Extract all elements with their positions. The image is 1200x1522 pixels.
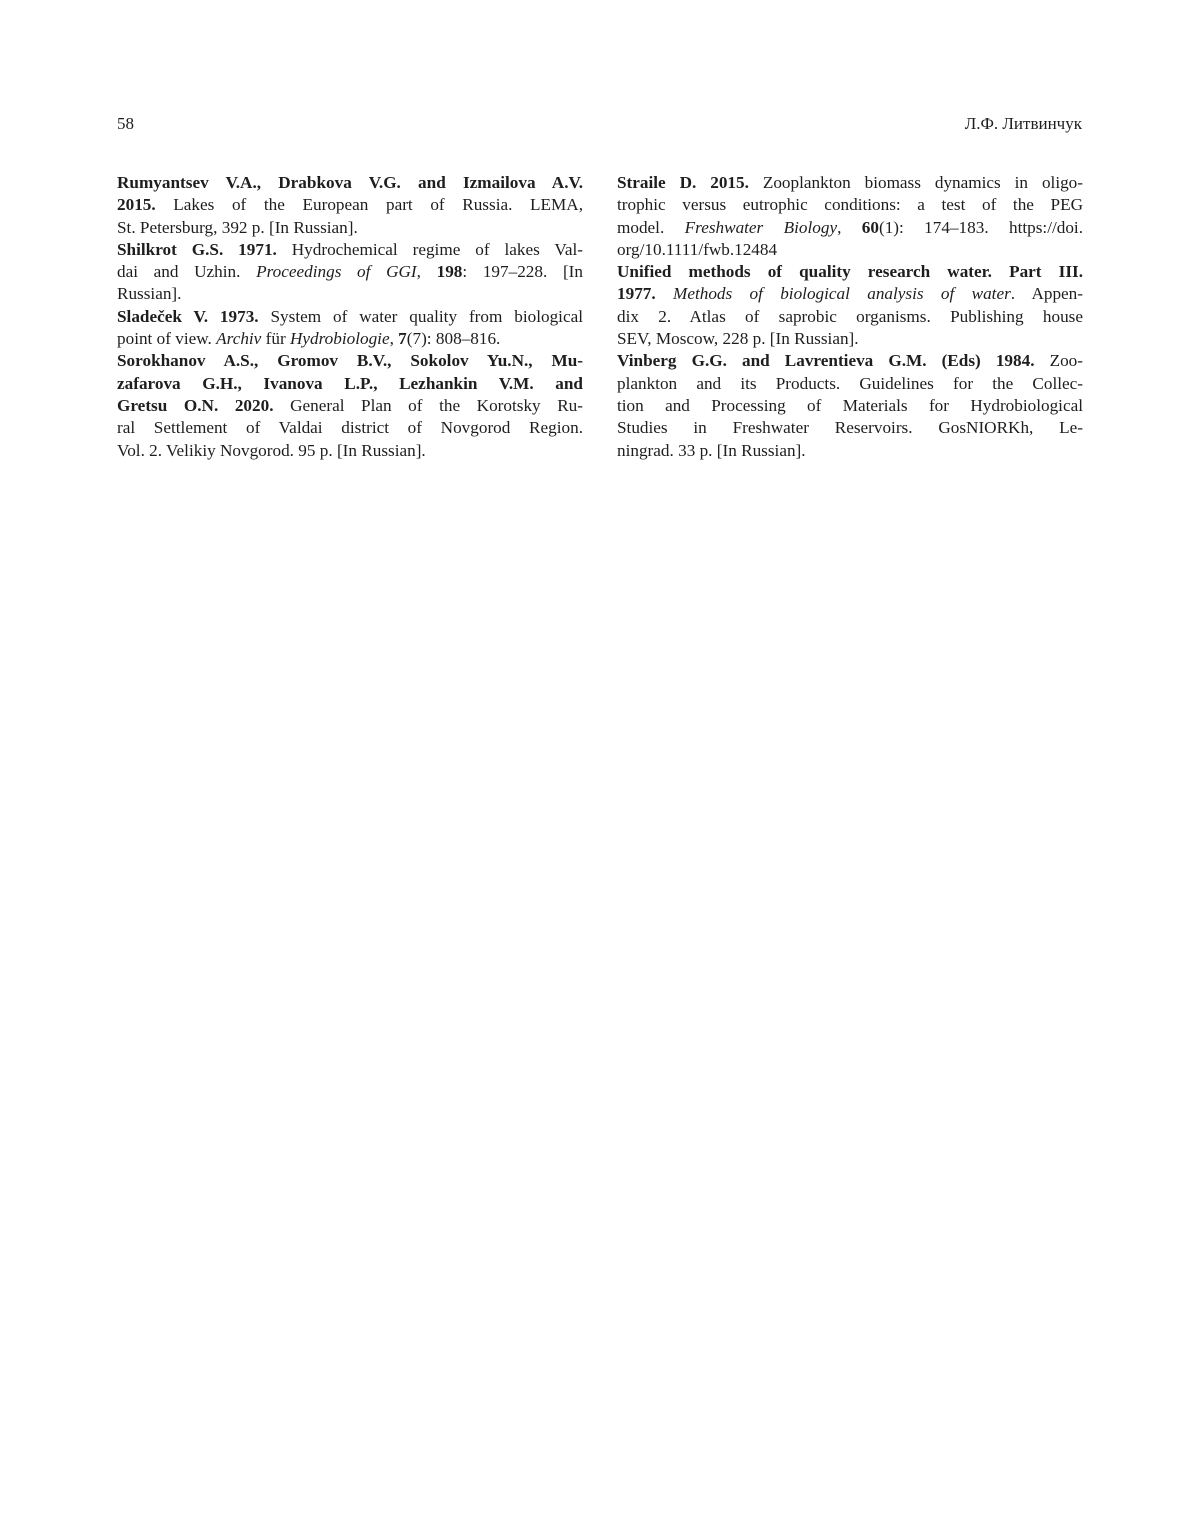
reference-bold-text: Shilkrot G.S. 1971. [117, 240, 277, 259]
reference-text: dix 2. Atlas of saprobic organisms. Publ… [617, 307, 1083, 326]
reference-line: SEV, Moscow, 228 p. [In Russian]. [646, 328, 1083, 350]
reference-bold-text: 2015. [117, 195, 156, 214]
reference-line: St. Petersburg, 392 p. [In Russian]. [146, 217, 583, 239]
reference-bold-text: 1977. [617, 284, 656, 303]
reference-text: für [261, 329, 290, 348]
reference-italic-text: Hydrobiologie [290, 329, 390, 348]
reference-bold-text: Rumyantsev V.A., Drabkova V.G. and Izmai… [117, 173, 583, 192]
reference-text: Lakes of the European part of Russia. LE… [156, 195, 583, 214]
reference-line: dix 2. Atlas of saprobic organisms. Publ… [646, 306, 1083, 328]
reference-line: 2015. Lakes of the European part of Russ… [146, 194, 583, 216]
reference-bold-text: Gretsu O.N. 2020. [117, 396, 274, 415]
reference-bold-text: Vinberg G.G. and Lavrentieva G.M. (Eds) … [617, 351, 1035, 370]
reference-entry: Vinberg G.G. and Lavrentieva G.M. (Eds) … [617, 350, 1083, 461]
reference-entry: Shilkrot G.S. 1971. Hydrochemical regime… [117, 239, 583, 306]
reference-text: model. [617, 218, 685, 237]
reference-text: Russian]. [117, 284, 181, 303]
reference-bold-text: Unified methods of quality research wate… [617, 262, 1083, 281]
reference-text: Vol. 2. Velikiy Novgorod. 95 p. [In Russ… [117, 441, 426, 460]
reference-entry: Sorokhanov A.S., Gromov B.V., Sokolov Yu… [117, 350, 583, 461]
reference-line: zafarova G.H., Ivanova L.P., Lezhankin V… [146, 373, 583, 395]
reference-line: model. Freshwater Biology, 60(1): 174–18… [646, 217, 1083, 239]
reference-text: trophic versus eutrophic conditions: a t… [617, 195, 1083, 214]
reference-line: plankton and its Products. Guidelines fo… [646, 373, 1083, 395]
reference-text: point of view. [117, 329, 216, 348]
reference-line: Unified methods of quality research wate… [646, 261, 1083, 283]
reference-bold-text: 7 [398, 329, 407, 348]
running-head-author: Л.Ф. Литвинчук [965, 114, 1082, 134]
reference-text: (1): 174–183. https://doi. [879, 218, 1083, 237]
reference-text: , [837, 218, 862, 237]
reference-text: : 197–228. [In [462, 262, 583, 281]
reference-text: General Plan of the Korotsky Ru- [274, 396, 584, 415]
reference-italic-text: Archiv [216, 329, 261, 348]
reference-entry: Straile D. 2015. Zooplankton biomass dyn… [617, 172, 1083, 261]
reference-text: plankton and its Products. Guidelines fo… [617, 374, 1083, 393]
reference-line: point of view. Archiv für Hydrobiologie,… [146, 328, 583, 350]
reference-line: Studies in Freshwater Reservoirs. GosNIO… [646, 417, 1083, 439]
reference-text: (7): 808–816. [407, 329, 501, 348]
reference-line: 1977. Methods of biological analysis of … [646, 283, 1083, 305]
reference-text: , [390, 329, 399, 348]
reference-line: org/10.1111/fwb.12484 [646, 239, 1083, 261]
references-left-column: Rumyantsev V.A., Drabkova V.G. and Izmai… [117, 172, 583, 462]
reference-bold-text: Straile D. 2015. [617, 173, 749, 192]
reference-line: ningrad. 33 p. [In Russian]. [646, 440, 1083, 462]
reference-line: Vol. 2. Velikiy Novgorod. 95 p. [In Russ… [146, 440, 583, 462]
reference-bold-text: zafarova G.H., Ivanova L.P., Lezhankin V… [117, 374, 583, 393]
reference-text: Zooplankton biomass dynamics in oligo- [749, 173, 1083, 192]
reference-entry: Unified methods of quality research wate… [617, 261, 1083, 350]
reference-text: , [417, 262, 437, 281]
reference-text: ningrad. 33 p. [In Russian]. [617, 441, 806, 460]
reference-line: Sorokhanov A.S., Gromov B.V., Sokolov Yu… [146, 350, 583, 372]
reference-italic-text: Proceedings of GGI [256, 262, 417, 281]
reference-text: SEV, Moscow, 228 p. [In Russian]. [617, 329, 859, 348]
reference-text: org/10.1111/fwb.12484 [617, 240, 777, 259]
reference-entry: Rumyantsev V.A., Drabkova V.G. and Izmai… [117, 172, 583, 239]
reference-line: Vinberg G.G. and Lavrentieva G.M. (Eds) … [646, 350, 1083, 372]
reference-italic-text: Methods of biological analysis of water [673, 284, 1011, 303]
reference-line: Russian]. [146, 283, 583, 305]
reference-line: Rumyantsev V.A., Drabkova V.G. and Izmai… [146, 172, 583, 194]
reference-text [656, 284, 673, 303]
reference-text: Studies in Freshwater Reservoirs. GosNIO… [617, 418, 1083, 437]
reference-line: Shilkrot G.S. 1971. Hydrochemical regime… [146, 239, 583, 261]
reference-bold-text: Sorokhanov A.S., Gromov B.V., Sokolov Yu… [117, 351, 583, 370]
reference-text: ral Settlement of Valdai district of Nov… [117, 418, 583, 437]
reference-text: St. Petersburg, 392 p. [In Russian]. [117, 218, 358, 237]
reference-entry: Sladeček V. 1973. System of water qualit… [117, 306, 583, 351]
reference-line: trophic versus eutrophic conditions: a t… [646, 194, 1083, 216]
reference-text: . Appen- [1011, 284, 1083, 303]
reference-line: Straile D. 2015. Zooplankton biomass dyn… [646, 172, 1083, 194]
reference-bold-text: 198 [437, 262, 463, 281]
reference-text: tion and Processing of Materials for Hyd… [617, 396, 1083, 415]
page-number: 58 [117, 114, 134, 134]
reference-line: ral Settlement of Valdai district of Nov… [146, 417, 583, 439]
reference-line: tion and Processing of Materials for Hyd… [646, 395, 1083, 417]
reference-bold-text: Sladeček V. 1973. [117, 307, 259, 326]
reference-line: dai and Uzhin. Proceedings of GGI, 198: … [146, 261, 583, 283]
references-right-column: Straile D. 2015. Zooplankton biomass dyn… [617, 172, 1083, 462]
reference-line: Sladeček V. 1973. System of water qualit… [146, 306, 583, 328]
reference-text: System of water quality from biological [259, 307, 583, 326]
reference-text: dai and Uzhin. [117, 262, 256, 281]
reference-text: Zoo- [1035, 351, 1083, 370]
reference-line: Gretsu O.N. 2020. General Plan of the Ko… [146, 395, 583, 417]
reference-bold-text: 60 [862, 218, 879, 237]
reference-text: Hydrochemical regime of lakes Val- [277, 240, 583, 259]
reference-italic-text: Freshwater Biology [685, 218, 837, 237]
